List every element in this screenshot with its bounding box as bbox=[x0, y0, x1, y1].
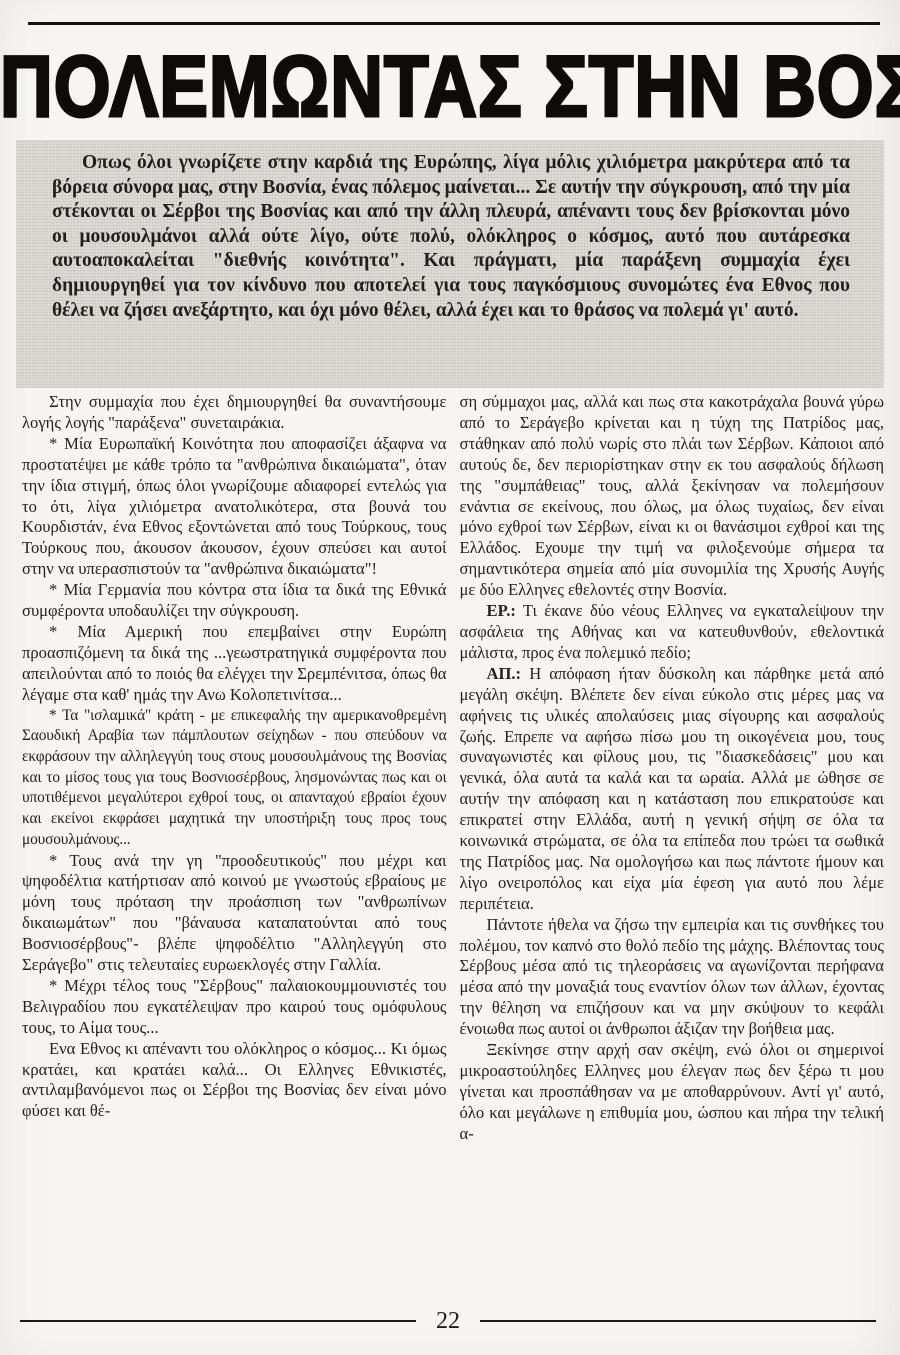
question-text: Τι έκανε δύο νέους Ελληνες να εγκαταλείψ… bbox=[460, 601, 885, 662]
paragraph: * Μία Ευρωπαϊκή Κοινότητα που αποφασίζει… bbox=[22, 434, 447, 580]
article-body: Στην συμμαχία που έχει δημιουργηθεί θα σ… bbox=[22, 392, 884, 1300]
paragraph: * Μία Γερμανία που κόντρα στα ίδια τα δι… bbox=[22, 580, 447, 622]
paragraph: Ενα Εθνος κι απέναντι του ολόκληρος ο κό… bbox=[22, 1039, 447, 1123]
answer-text: Η απόφαση ήταν δύσκολη και πάρθηκε μετά … bbox=[460, 664, 885, 913]
paragraph: * Τους ανά την γη "προοδευτικούς" που μέ… bbox=[22, 851, 447, 976]
question-label: ΕΡ.: bbox=[487, 601, 516, 620]
right-column: ση σύμμαχοι μας, αλλά και πως στα κακοτρ… bbox=[460, 392, 885, 1300]
interview-answer: ΑΠ.: Η απόφαση ήταν δύσκολη και πάρθηκε … bbox=[460, 664, 885, 915]
paragraph: * Τα "ισλαμικά" κράτη - με επικεφαλής τη… bbox=[22, 706, 447, 851]
page-number: 22 bbox=[416, 1306, 480, 1336]
paragraph: * Μέχρι τέλος τους "Σέρβους" παλαιοκουμμ… bbox=[22, 976, 447, 1039]
paragraph: ση σύμμαχοι μας, αλλά και πως στα κακοτρ… bbox=[460, 392, 885, 601]
page-footer: 22 bbox=[20, 1306, 876, 1336]
intro-box: Οπως όλοι γνωρίζετε στην καρδιά της Ευρώ… bbox=[16, 140, 884, 388]
interview-question: ΕΡ.: Τι έκανε δύο νέους Ελληνες να εγκατ… bbox=[460, 601, 885, 664]
answer-label: ΑΠ.: bbox=[487, 664, 522, 683]
paragraph: Στην συμμαχία που έχει δημιουργηθεί θα σ… bbox=[22, 392, 447, 434]
paragraph: Πάντοτε ήθελα να ζήσω την εμπειρία και τ… bbox=[460, 915, 885, 1040]
paragraph: * Μία Αμερική που επεμβαίνει στην Ευρώπη… bbox=[22, 622, 447, 706]
scanned-magazine-page: ΠΟΛΕΜΩΝΤΑΣ ΣΤΗΝ ΒΟΣΝΙΑ Οπως όλοι γνωρίζε… bbox=[0, 0, 900, 1355]
top-rule bbox=[28, 22, 880, 25]
page-title: ΠΟΛΕΜΩΝΤΑΣ ΣΤΗΝ ΒΟΣΝΙΑ bbox=[0, 38, 900, 136]
intro-paragraph: Οπως όλοι γνωρίζετε στην καρδιά της Ευρώ… bbox=[52, 151, 850, 323]
footer-rule-right bbox=[480, 1320, 876, 1323]
left-column: Στην συμμαχία που έχει δημιουργηθεί θα σ… bbox=[22, 392, 447, 1300]
footer-rule-left bbox=[20, 1320, 416, 1323]
paragraph: Ξεκίνησε στην αρχή σαν σκέψη, ενώ όλοι ο… bbox=[460, 1040, 885, 1145]
